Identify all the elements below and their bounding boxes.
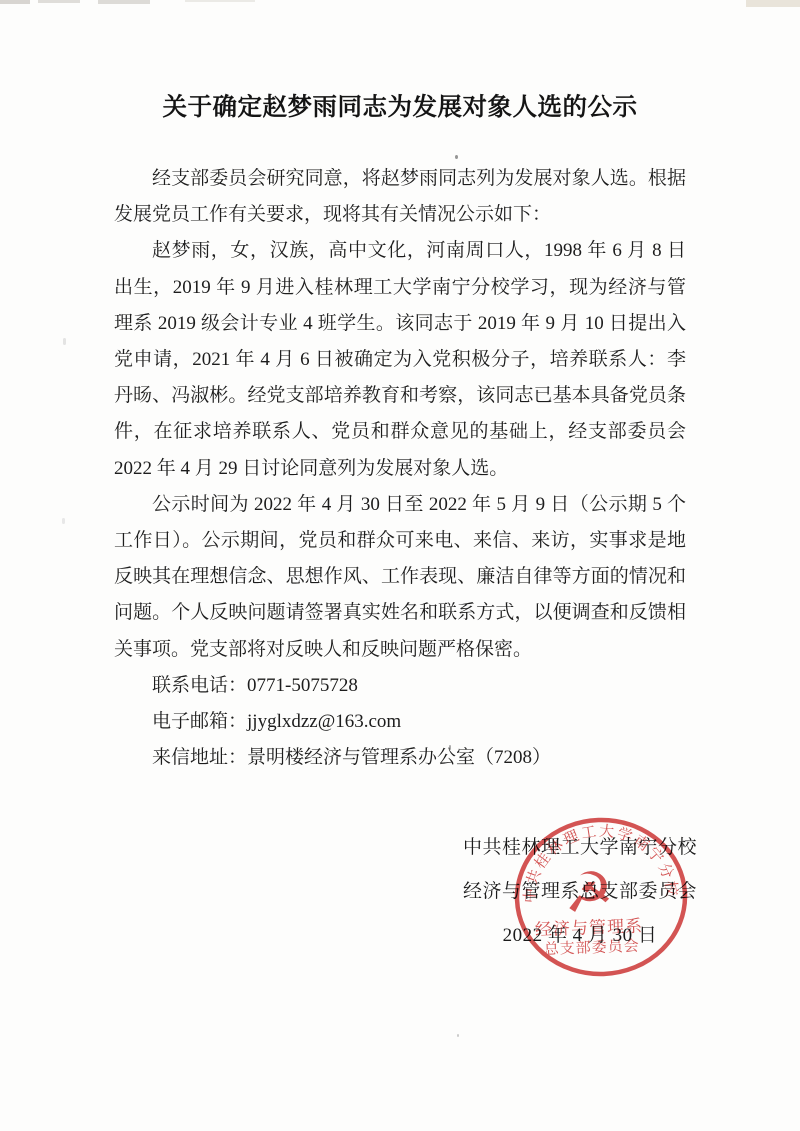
document-body: 经支部委员会研究同意，将赵梦雨同志列为发展对象人选。根据发展党员工作有关要求，现… [114,161,686,776]
paragraph-intro: 经支部委员会研究同意，将赵梦雨同志列为发展对象人选。根据发展党员工作有关要求，现… [114,161,686,233]
scan-speck [457,1034,459,1037]
contact-email-label: 电子邮箱： [152,711,247,732]
paragraph-publicity-period: 公示时间为 2022 年 4 月 30 日至 2022 年 5 月 9 日（公示… [114,487,686,668]
contact-phone-line: 联系电话：0771-5075728 [114,668,686,704]
contact-email-value: jjyglxdzz@163.com [247,711,401,732]
document-page: 关于确定赵梦雨同志为发展对象人选的公示 经支部委员会研究同意，将赵梦雨同志列为发… [0,0,800,1131]
scan-edge-artifact [746,0,800,7]
seal-inner-line2: 总支部委员会 [543,937,640,958]
scan-speck [455,155,458,159]
official-seal: 中共桂林理工大学南宁分校 ☭ 经济与管理系 总支部委员会 [509,812,693,982]
document-title: 关于确定赵梦雨同志为发展对象人选的公示 [0,91,800,125]
contact-address-line: 来信地址：景明楼经济与管理系办公室（7208） [114,740,686,776]
contact-address-value: 景明楼经济与管理系办公室（7208） [247,747,551,768]
scan-edge-artifact [0,0,30,4]
scan-edge-artifact [185,0,255,2]
scan-edge-artifact [38,0,80,3]
hammer-sickle-icon: ☭ [563,860,615,926]
paragraph-candidate-info: 赵梦雨，女，汉族，高中文化，河南周口人，1998 年 6 月 8 日出生，201… [114,233,686,486]
scan-speck [63,338,66,345]
scan-speck [62,518,65,524]
contact-address-label: 来信地址： [152,747,247,768]
contact-email-line: 电子邮箱：jjyglxdzz@163.com [114,704,686,740]
scan-edge-artifact [98,0,150,4]
contact-phone-label: 联系电话： [152,675,247,696]
contact-phone-value: 0771-5075728 [247,675,358,696]
